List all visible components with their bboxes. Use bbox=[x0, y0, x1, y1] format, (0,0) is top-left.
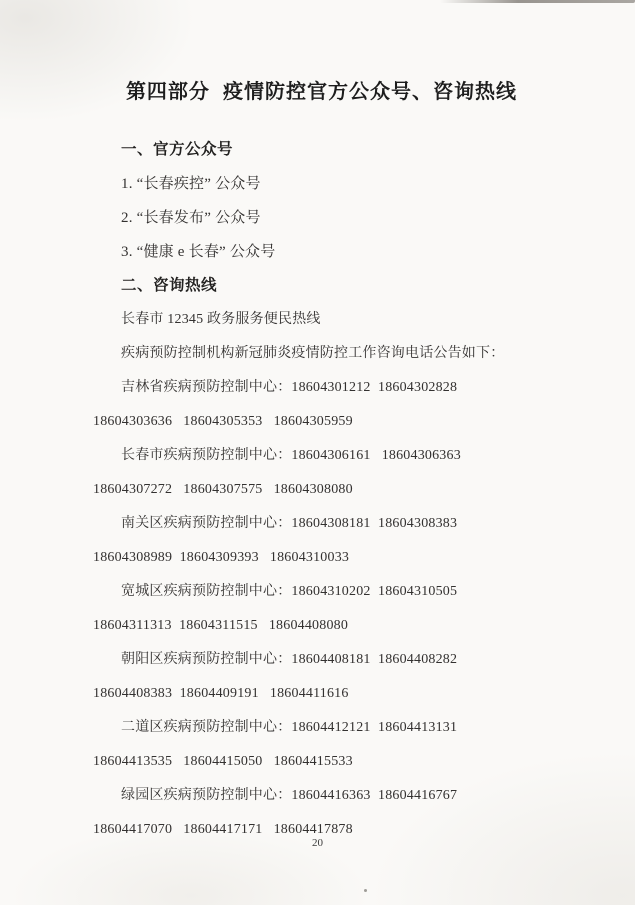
hotline-intro-line: 长春市 12345 政务服务便民热线 bbox=[93, 303, 550, 337]
hotline-center-line: 绿园区疾病预防控制中心：18604416363 18604416767 bbox=[93, 779, 550, 813]
official-account-item: 2. “长春发布” 公众号 bbox=[93, 201, 550, 235]
section-heading-official-accounts: 一、官方公众号 bbox=[93, 133, 550, 167]
page-title: 第四部分 疫情防控官方公众号、咨询热线 bbox=[93, 78, 550, 106]
hotline-intro-line: 疾病预防控制机构新冠肺炎疫情防控工作咨询电话公告如下： bbox=[93, 337, 550, 371]
official-account-item: 1. “长春疾控” 公众号 bbox=[93, 167, 550, 201]
section-heading-hotlines: 二、咨询热线 bbox=[93, 269, 550, 303]
hotline-numbers-line: 18604408383 18604409191 18604411616 bbox=[93, 677, 550, 711]
hotline-center-line: 二道区疾病预防控制中心：18604412121 18604413131 bbox=[93, 711, 550, 745]
hotline-numbers-line: 18604303636 18604305353 18604305959 bbox=[93, 405, 550, 439]
official-account-item: 3. “健康 e 长春” 公众号 bbox=[93, 235, 550, 269]
hotline-center-line: 南关区疾病预防控制中心：18604308181 18604308383 bbox=[93, 507, 550, 541]
hotline-center-line: 宽城区疾病预防控制中心：18604310202 18604310505 bbox=[93, 575, 550, 609]
hotline-numbers-line: 18604311313 18604311515 18604408080 bbox=[93, 609, 550, 643]
scan-edge-artifact bbox=[440, 0, 635, 3]
hotline-center-line: 朝阳区疾病预防控制中心：18604408181 18604408282 bbox=[93, 643, 550, 677]
hotline-numbers-line: 18604307272 18604307575 18604308080 bbox=[93, 473, 550, 507]
hotline-center-line: 长春市疾病预防控制中心：18604306161 18604306363 bbox=[93, 439, 550, 473]
hotline-numbers-line: 18604308989 18604309393 18604310033 bbox=[93, 541, 550, 575]
document-content: 第四部分 疫情防控官方公众号、咨询热线 一、官方公众号 1. “长春疾控” 公众… bbox=[93, 78, 550, 847]
hotline-numbers-line: 18604413535 18604415050 18604415533 bbox=[93, 745, 550, 779]
hotline-center-line: 吉林省疾病预防控制中心：18604301212 18604302828 bbox=[93, 371, 550, 405]
scan-dot-artifact bbox=[364, 889, 367, 892]
document-page: 第四部分 疫情防控官方公众号、咨询热线 一、官方公众号 1. “长春疾控” 公众… bbox=[0, 0, 635, 905]
page-number: 20 bbox=[0, 837, 635, 849]
